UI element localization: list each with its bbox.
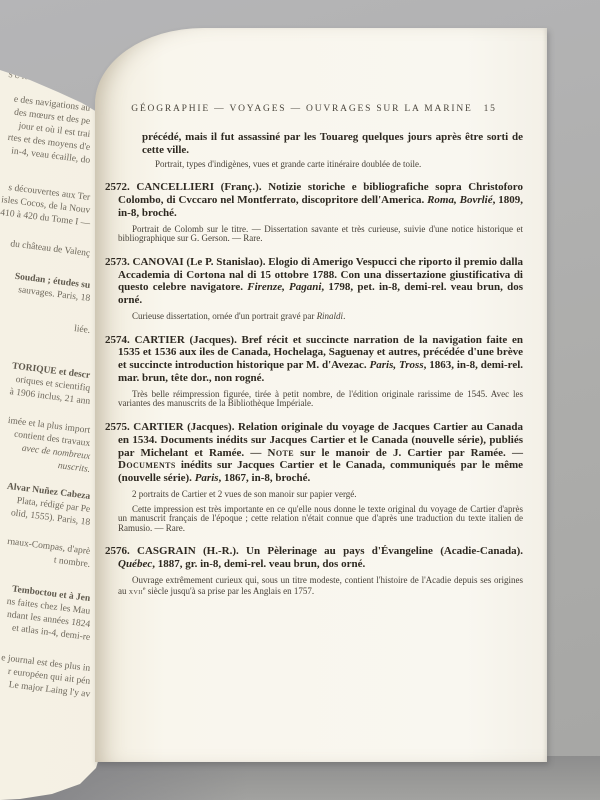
entry-number: 2573. <box>105 256 133 268</box>
entry-number: 2575. <box>105 421 133 433</box>
entry-body: 2575. CARTIER (Jacques). Relation origin… <box>118 421 523 485</box>
text-segment: Cette impression est très importante en … <box>118 504 523 533</box>
text-segment-sc: Documents <box>118 459 176 471</box>
text-segment: inédits sur Jacques Cartier et le Canada… <box>118 459 523 484</box>
entry-note: 2 portraits de Cartier et 2 vues de son … <box>118 490 523 500</box>
left-page-fragment: SUR LA MARINE <box>0 60 91 91</box>
entry-list: 2572. CANCELLIERI (Franç.). Notizie stor… <box>105 181 523 597</box>
text-segment-i: Rinaldi <box>317 311 344 321</box>
book-page: GÉOGRAPHIE — VOYAGES — OUVRAGES SUR LA M… <box>95 28 547 762</box>
entry-number: 2576. <box>105 545 137 557</box>
catalog-entry: 2573. CANOVAI (Le P. Stanislao). Elogio … <box>105 256 523 322</box>
intro-note: Portrait, types d'indigènes, vues et gra… <box>142 160 487 170</box>
catalog-entry: 2572. CANCELLIERI (Franç.). Notizie stor… <box>105 181 523 244</box>
text-segment: CASGRAIN (H.-R.). Un Pèlerinage au pays … <box>137 545 523 557</box>
text-segment: Très belle réimpression figurée, tirée à… <box>118 389 523 409</box>
entry-body: 2574. CARTIER (Jacques). Bref récit et s… <box>118 334 523 385</box>
left-page-text: SUR LA MARINEe des navigations audes mœu… <box>0 78 90 702</box>
running-title: GÉOGRAPHIE — VOYAGES — OUVRAGES SUR LA M… <box>131 104 472 114</box>
catalog-entry: 2574. CARTIER (Jacques). Bref récit et s… <box>105 334 523 409</box>
text-segment: , 1867, in-8, broché. <box>219 472 311 484</box>
page-number: 15 <box>484 104 497 114</box>
text-segment: 2 portraits de Cartier et 2 vues de son … <box>132 489 357 499</box>
text-segment-sc: xvii <box>129 586 143 596</box>
text-segment-i: Roma, Bovrlié <box>427 194 493 206</box>
entry-body: 2572. CANCELLIERI (Franç.). Notizie stor… <box>118 181 523 219</box>
entry-note: Curieuse dissertation, ornée d'un portra… <box>118 312 523 322</box>
entry-number: 2574. <box>105 334 134 346</box>
text-segment-sc: Note <box>268 447 294 459</box>
entry-note: Très belle réimpression figurée, tirée à… <box>118 390 523 409</box>
text-segment: , 1887, gr. in-8, demi-rel. veau brun, d… <box>152 558 365 570</box>
entry-note: Ouvrage extrêmement curieux qui, sous un… <box>118 576 523 597</box>
text-segment-i: Paris <box>195 472 219 484</box>
entry-body: 2573. CANOVAI (Le P. Stanislao). Elogio … <box>118 256 523 307</box>
text-segment: siècle jusqu'à sa prise par les Anglais … <box>146 586 315 596</box>
text-segment: Portrait de Colomb sur le titre. — Disse… <box>118 224 523 244</box>
text-segment: Curieuse dissertation, ornée d'un portra… <box>132 311 317 321</box>
text-segment-i: Québec <box>118 558 152 570</box>
entry-note: Portrait de Colomb sur le titre. — Disse… <box>118 225 523 244</box>
entry-body: 2576. CASGRAIN (H.-R.). Un Pèlerinage au… <box>118 545 523 571</box>
left-page-fragment: liée. <box>0 307 91 338</box>
left-page-fragment: du château de Valenç <box>0 230 91 261</box>
entry-note: Cette impression est très importante en … <box>118 505 523 534</box>
page-header: GÉOGRAPHIE — VOYAGES — OUVRAGES SUR LA M… <box>105 104 523 114</box>
intro-paragraph: précédé, mais il fut assassiné par les T… <box>142 131 523 157</box>
catalog-entry: 2575. CARTIER (Jacques). Relation origin… <box>105 421 523 533</box>
book-photo: SUR LA MARINEe des navigations audes mœu… <box>0 0 600 800</box>
catalog-entry: 2576. CASGRAIN (H.-R.). Un Pèlerinage au… <box>105 545 523 597</box>
page-content: GÉOGRAPHIE — VOYAGES — OUVRAGES SUR LA M… <box>105 104 523 597</box>
text-segment-i: Paris, Tross <box>370 359 424 371</box>
text-segment-i: Firenze, Pagani <box>247 281 321 293</box>
text-segment: sur le manoir de J. Cartier par Ramée. — <box>294 447 523 459</box>
entry-number: 2572. <box>105 181 136 193</box>
text-segment: . <box>343 311 345 321</box>
